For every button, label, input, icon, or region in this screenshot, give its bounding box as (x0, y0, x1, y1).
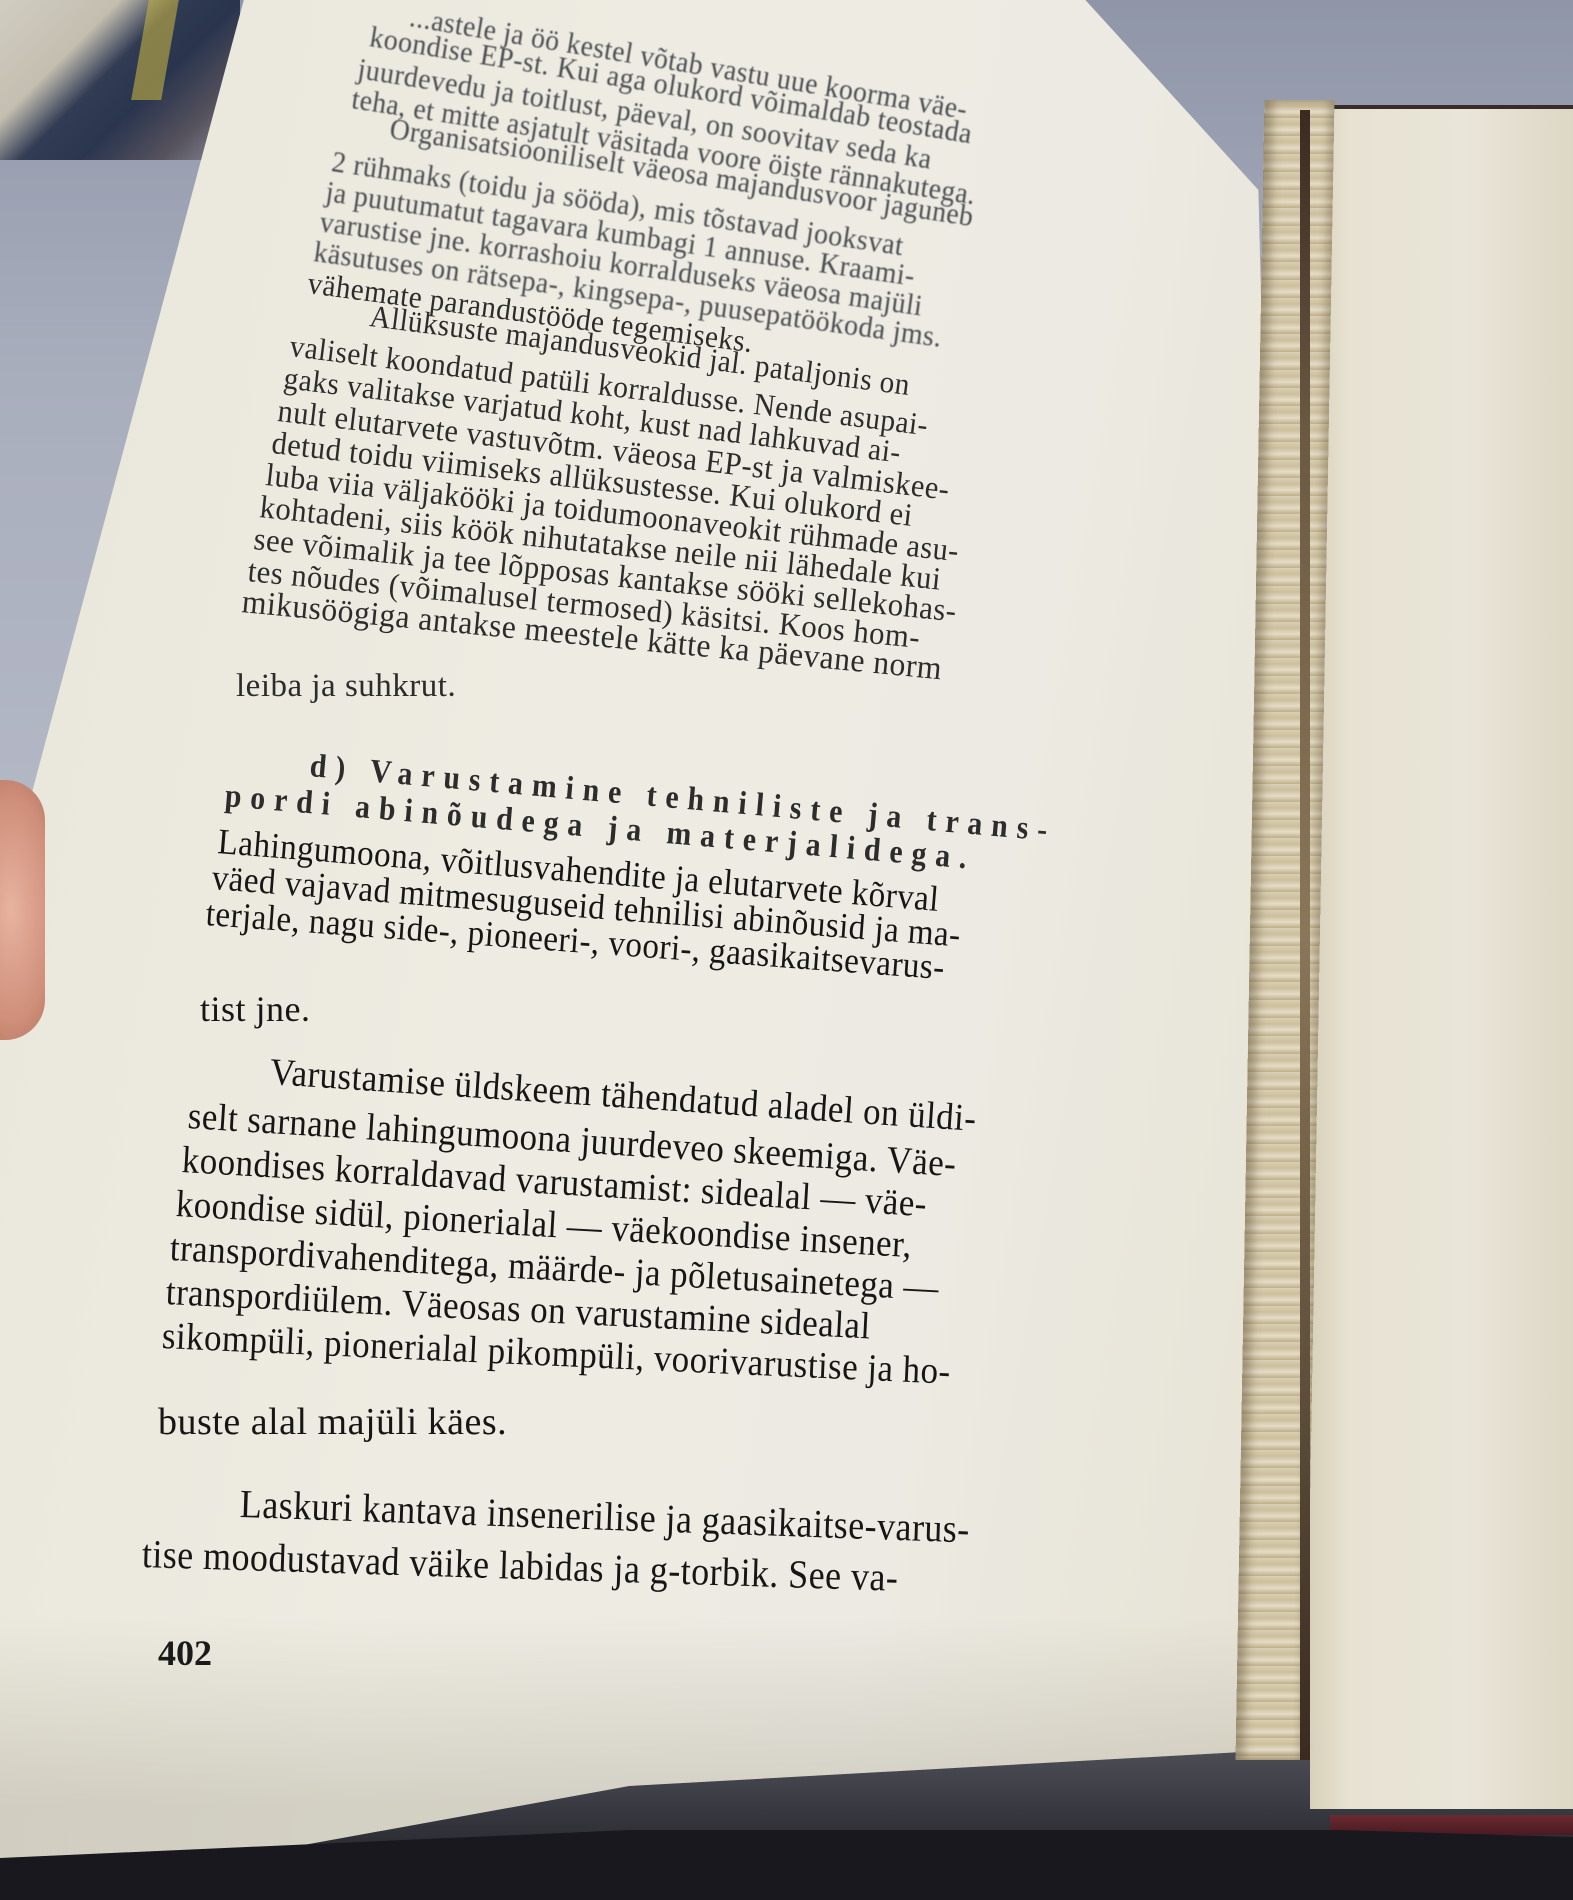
spine-binding (1300, 110, 1310, 1760)
page-number: 402 (158, 1632, 212, 1674)
text-line: leiba ja suhkrut. (236, 668, 456, 705)
text-line: tist jne. (200, 988, 311, 1030)
holding-thumb (0, 780, 45, 1040)
text-line: buste alal majüli käes. (158, 1400, 507, 1444)
photo-scene: ...astele ja öö kestel võtab vastu uue k… (0, 0, 1573, 1900)
left-page: ...astele ja öö kestel võtab vastu uue k… (0, 0, 1573, 1900)
